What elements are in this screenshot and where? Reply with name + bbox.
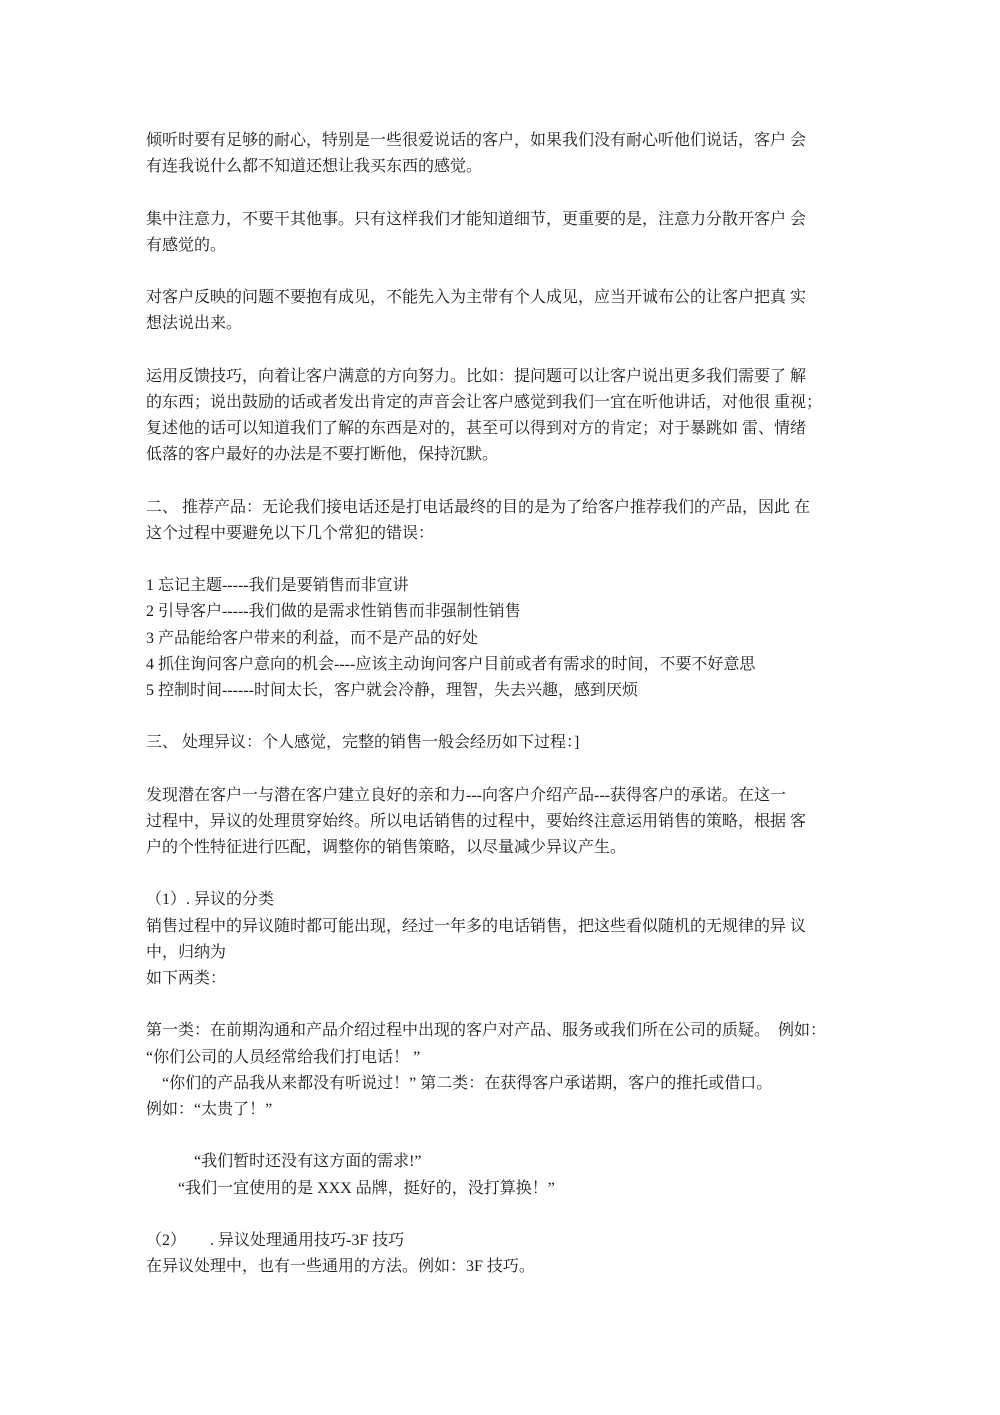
document-body: 倾听时要有足够的耐心，特别是一些很爱说话的客户，如果我们没有耐心听他们说话，客户… xyxy=(146,128,886,1280)
list-item: 3 产品能给客户带来的利益，而不是产品的好处 xyxy=(146,626,886,652)
paragraph-line: 倾听时要有足够的耐心，特别是一些很爱说话的客户，如果我们没有耐心听他们说话，客户… xyxy=(146,128,886,154)
blank-line xyxy=(146,992,886,1018)
paragraph-line: 过程中，异议的处理贯穿始终。所以电话销售的过程中，要始终注意运用销售的策略，根据… xyxy=(146,809,886,835)
blank-line xyxy=(146,259,886,285)
paragraph-line: 对客户反映的问题不要抱有成见，不能先入为主带有个人成见，应当开诚布公的让客户把真… xyxy=(146,285,886,311)
paragraph-line: 有连我说什么都不知道还想让我买东西的感觉。 xyxy=(146,154,886,180)
subsection-heading-3f-technique: （2） . 异议处理通用技巧-3F 技巧 xyxy=(146,1228,886,1254)
blank-line xyxy=(146,180,886,206)
subsection-heading-objection-types: （1）. 异议的分类 xyxy=(146,887,886,913)
document-page: 倾听时要有足够的耐心，特别是一些很爱说话的客户，如果我们没有耐心听他们说话，客户… xyxy=(0,0,1000,1415)
paragraph-line: 运用反馈技巧，向着让客户满意的方向努力。比如：提问题可以让客户说出更多我们需要了… xyxy=(146,364,886,390)
quote-line: “你们公司的人员经常给我们打电话！ ” xyxy=(146,1045,886,1071)
blank-line xyxy=(146,547,886,573)
blank-line xyxy=(146,757,886,783)
blank-line xyxy=(146,1123,886,1149)
paragraph-line: 中，归纳为 xyxy=(146,940,886,966)
paragraph-line: 低落的客户最好的办法是不要打断他，保持沉默。 xyxy=(146,442,886,468)
quote-line: “你们的产品我从来都没有听说过！” 第二类：在获得客户承诺期，客户的推托或借口。 xyxy=(146,1071,886,1097)
list-item: 1 忘记主题-----我们是要销售而非宣讲 xyxy=(146,573,886,599)
blank-line xyxy=(146,704,886,730)
list-item: 5 控制时间------时间太长，客户就会冷静，理智，失去兴趣，感到厌烦 xyxy=(146,678,886,704)
section-heading-handle-objections: 三、 处理异议：个人感觉，完整的销售一般会经历如下过程：] xyxy=(146,730,886,756)
paragraph-line: 集中注意力，不要干其他事。只有这样我们才能知道细节，更重要的是，注意力分散开客户… xyxy=(146,207,886,233)
paragraph-line: 如下两类： xyxy=(146,966,886,992)
list-item: 2 引导客户-----我们做的是需求性销售而非强制性销售 xyxy=(146,599,886,625)
paragraph-line: 想法说出来。 xyxy=(146,311,886,337)
paragraph-line: 复述他的话可以知道我们了解的东西是对的，甚至可以得到对方的肯定；对于暴跳如 雷、… xyxy=(146,416,886,442)
blank-line xyxy=(146,861,886,887)
section-heading-recommend-products: 二、 推荐产品：无论我们接电话还是打电话最终的目的是为了给客户推荐我们的产品，因… xyxy=(146,495,886,521)
paragraph-line: 在异议处理中，也有一些通用的方法。例如：3F 技巧。 xyxy=(146,1254,886,1280)
section-heading-continuation: 这个过程中要避免以下几个常犯的错误： xyxy=(146,521,886,547)
blank-line xyxy=(146,468,886,494)
paragraph-line: 销售过程中的异议随时都可能出现，经过一年多的电话销售，把这些看似随机的无规律的异… xyxy=(146,914,886,940)
paragraph-line: 第一类：在前期沟通和产品介绍过程中出现的客户对产品、服务或我们所在公司的质疑。 … xyxy=(146,1018,886,1044)
blank-line xyxy=(146,338,886,364)
quote-line: 例如：“太贵了！” xyxy=(146,1097,886,1123)
paragraph-line: 户的个性特征进行匹配，调整你的销售策略，以尽量减少异议产生。 xyxy=(146,835,886,861)
paragraph-line: 的东西；说出鼓励的话或者发出肯定的声音会让客户感觉到我们一宜在听他讲话，对他很 … xyxy=(146,390,886,416)
blank-line xyxy=(146,1202,886,1228)
list-item: 4 抓住询问客户意向的机会----应该主动询问客户目前或者有需求的时间，不要不好… xyxy=(146,652,886,678)
quote-line: “我们一宜使用的是 XXX 品牌，挺好的，没打算换！” xyxy=(146,1176,886,1202)
quote-line: “我们暂时还没有这方面的需求!” xyxy=(146,1149,886,1175)
paragraph-line: 发现潜在客户一与潜在客户建立良好的亲和力---向客户介绍产品---获得客户的承诺… xyxy=(146,783,886,809)
paragraph-line: 有感觉的。 xyxy=(146,233,886,259)
